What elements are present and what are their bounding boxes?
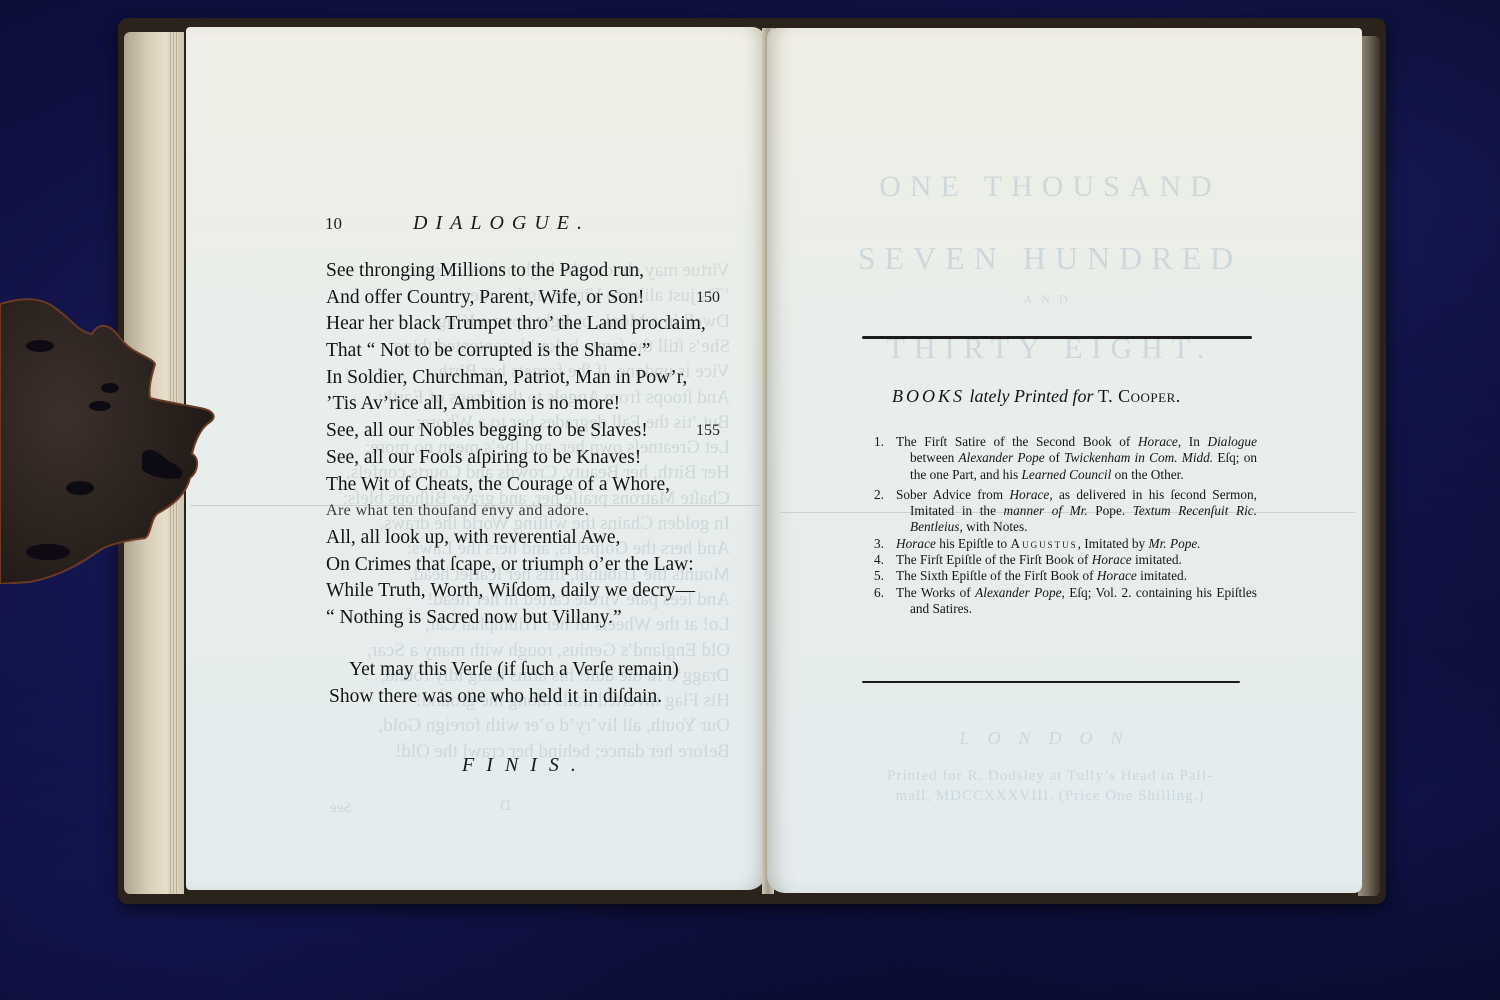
book-entry: 6.The Works of Alexander Pope, Eſq; Vol.… xyxy=(872,585,1257,618)
verse-text: Hear her black Trumpet thro’ the Land pr… xyxy=(326,313,706,334)
book-description: Sober Advice from Horace, as delivered i… xyxy=(896,487,1257,536)
book-text-segment: manner of Mr. xyxy=(1004,503,1088,518)
verse-line: Yet may this Verſe (if ſuch a Verſe rema… xyxy=(329,656,729,683)
page-title: DIALOGUE. xyxy=(413,212,590,235)
heading-books: BOOKS xyxy=(892,386,965,406)
book-number: 2. xyxy=(874,487,884,503)
show-through-imprint: mall, MDCCXXXVIII. (Price One Shilling.) xyxy=(830,788,1270,805)
book-description: The Firſt Epiſtle of the Firſt Book of H… xyxy=(896,552,1257,568)
verse-line: In Soldier, Churchman, Patriot, Man in P… xyxy=(326,365,726,392)
book-text-segment: Horace xyxy=(1092,552,1132,567)
verse-text: See thronging Millions to the Pagod run, xyxy=(326,260,644,281)
verse-line: Are what ten thouſand envy and adore. xyxy=(326,498,726,525)
book-entry: 2.Sober Advice from Horace, as delivered… xyxy=(872,487,1257,536)
books-heading: BOOKS lately Printed for T. Cooper. xyxy=(892,386,1181,407)
book-text-segment: The Firſt Epiſtle of the Firſt Book of xyxy=(896,552,1092,567)
book-text-segment: Alexander Pope xyxy=(975,585,1061,600)
book-entry: 4.The Firſt Epiſtle of the Firſt Book of… xyxy=(872,552,1257,568)
book-text-segment: with Notes. xyxy=(963,519,1028,534)
book-number: 1. xyxy=(874,434,884,450)
metal-bookmark[interactable] xyxy=(0,294,220,584)
book-text-segment: Horace xyxy=(1138,434,1178,449)
book-entry: 1.The Firſt Satire of the Second Book of… xyxy=(872,434,1257,483)
book-text-segment: Horace xyxy=(1097,568,1137,583)
verse-text: See, all our Nobles begging to be Slaves… xyxy=(326,420,648,441)
book-number: 4. xyxy=(874,552,884,568)
book-text-segment: , In xyxy=(1178,434,1208,449)
verse-line: ’Tis Av’rice all, Ambition is no more! xyxy=(326,391,726,418)
book-description: The Firſt Satire of the Second Book of H… xyxy=(896,434,1257,483)
verse-text: The Wit of Cheats, the Courage of a Whor… xyxy=(326,474,670,495)
running-head: 10 DIALOGUE. xyxy=(325,214,725,238)
book-text-segment: between xyxy=(910,450,959,465)
book-text-segment: , Imitated by xyxy=(1078,536,1149,551)
finis: FINIS. xyxy=(462,754,588,777)
verse-text: And offer Country, Parent, Wife, or Son! xyxy=(326,287,644,308)
signature-show-through: D xyxy=(500,798,511,815)
book-text-segment: The Firſt Satire of the Second Book of xyxy=(896,434,1138,449)
book-description: The Sixth Epiſtle of the Firſt Book of H… xyxy=(896,568,1257,584)
book-text-segment: of xyxy=(1045,450,1064,465)
book-text-segment: Alexander Pope xyxy=(959,450,1045,465)
verse-line: See, all our Nobles begging to be Slaves… xyxy=(326,418,726,445)
book-text-segment: Horace xyxy=(1009,487,1049,502)
book-text-segment: imitated. xyxy=(1132,552,1182,567)
book-text-segment: on the Other. xyxy=(1111,467,1183,482)
book-entry: 3.Horace his Epiſtle to Augustus, Imitat… xyxy=(872,536,1257,552)
verse-text: All, all look up, with reverential Awe, xyxy=(326,527,620,548)
verse-text: Are what ten thouſand envy and adore. xyxy=(326,502,589,519)
verse-line: See, all our Fools aſpiring to be Knaves… xyxy=(326,445,726,472)
book-text-segment: The Sixth Epiſtle of the Firſt Book of xyxy=(896,568,1097,583)
book-text-segment: Mr. Pope. xyxy=(1149,536,1201,551)
verse-text: ’Tis Av’rice all, Ambition is no more! xyxy=(326,393,620,414)
bottom-rule xyxy=(862,681,1240,683)
show-through-imprint-city: LONDON xyxy=(830,728,1270,749)
closing-couplet: Yet may this Verſe (if ſuch a Verſe rema… xyxy=(329,656,729,710)
verse-text: See, all our Fools aſpiring to be Knaves… xyxy=(326,447,641,468)
verse-text: That “ Not to be corrupted is the Shame.… xyxy=(326,340,650,361)
verse-line: All, all look up, with reverential Awe, xyxy=(326,525,726,552)
show-through-line: Our Youth, all liv’ry’d o’er with foreig… xyxy=(330,713,730,740)
top-rule xyxy=(862,336,1252,339)
verse-line: And offer Country, Parent, Wife, or Son!… xyxy=(326,285,726,312)
books-list: 1.The Firſt Satire of the Second Book of… xyxy=(872,434,1257,617)
verse-text: On Crimes that ſcape, or triumph o’er th… xyxy=(326,554,694,575)
verse-line: On Crimes that ſcape, or triumph o’er th… xyxy=(326,552,726,579)
show-through-imprint: Printed for R. Dodsley at Tully’s Head i… xyxy=(830,768,1270,785)
verse-line: While Truth, Worth, Wiſdom, daily we dec… xyxy=(326,578,726,605)
show-through-title-line: AND xyxy=(830,292,1270,307)
book-text-segment: Learned Council xyxy=(1022,467,1112,482)
book-text-segment: The Works of xyxy=(896,585,975,600)
heading-lately-printed: lately Printed for xyxy=(970,386,1094,406)
line-number: 155 xyxy=(696,418,720,445)
book-number: 5. xyxy=(874,568,884,584)
verse-line: Hear her black Trumpet thro’ the Land pr… xyxy=(326,311,726,338)
verse-line: Show there was one who held it in diſdai… xyxy=(329,683,729,710)
book-description: Horace his Epiſtle to Augustus, Imitated… xyxy=(896,536,1257,552)
book-text-segment: Augustus xyxy=(1011,536,1078,551)
verse-text: While Truth, Worth, Wiſdom, daily we dec… xyxy=(326,580,695,601)
verse-line: See thronging Millions to the Pagod run, xyxy=(326,258,726,285)
book-text-segment: Horace xyxy=(896,536,936,551)
book-text-segment: his Epiſtle to xyxy=(936,536,1011,551)
book-text-segment: Dialogue xyxy=(1208,434,1258,449)
book-text-segment: Pope. xyxy=(1088,503,1133,518)
verse-line: The Wit of Cheats, the Courage of a Whor… xyxy=(326,472,726,499)
book-text-segment: Twickenham in Com. Midd. xyxy=(1064,450,1213,465)
catchword-show-through: See xyxy=(330,800,352,817)
book-entry: 5.The Sixth Epiſtle of the Firſt Book of… xyxy=(872,568,1257,584)
poem-verse: See thronging Millions to the Pagod run,… xyxy=(326,258,726,632)
book-number: 3. xyxy=(874,536,884,552)
line-number: 150 xyxy=(696,285,720,312)
show-through-title-line: SEVEN HUNDRED xyxy=(830,240,1270,277)
page-number: 10 xyxy=(325,214,342,234)
book-number: 6. xyxy=(874,585,884,601)
show-through-title-line: ONE THOUSAND xyxy=(830,170,1270,204)
verse-line: “ Nothing is Sacred now but Villany.” xyxy=(326,605,726,632)
verse-line: That “ Not to be corrupted is the Shame.… xyxy=(326,338,726,365)
verse-text: “ Nothing is Sacred now but Villany.” xyxy=(326,607,622,628)
book-text-segment: Sober Advice from xyxy=(896,487,1009,502)
verse-text: In Soldier, Churchman, Patriot, Man in P… xyxy=(326,367,687,388)
heading-publisher: T. Cooper. xyxy=(1098,386,1181,406)
book-text-segment: imitated. xyxy=(1137,568,1187,583)
book-description: The Works of Alexander Pope, Eſq; Vol. 2… xyxy=(896,585,1257,618)
